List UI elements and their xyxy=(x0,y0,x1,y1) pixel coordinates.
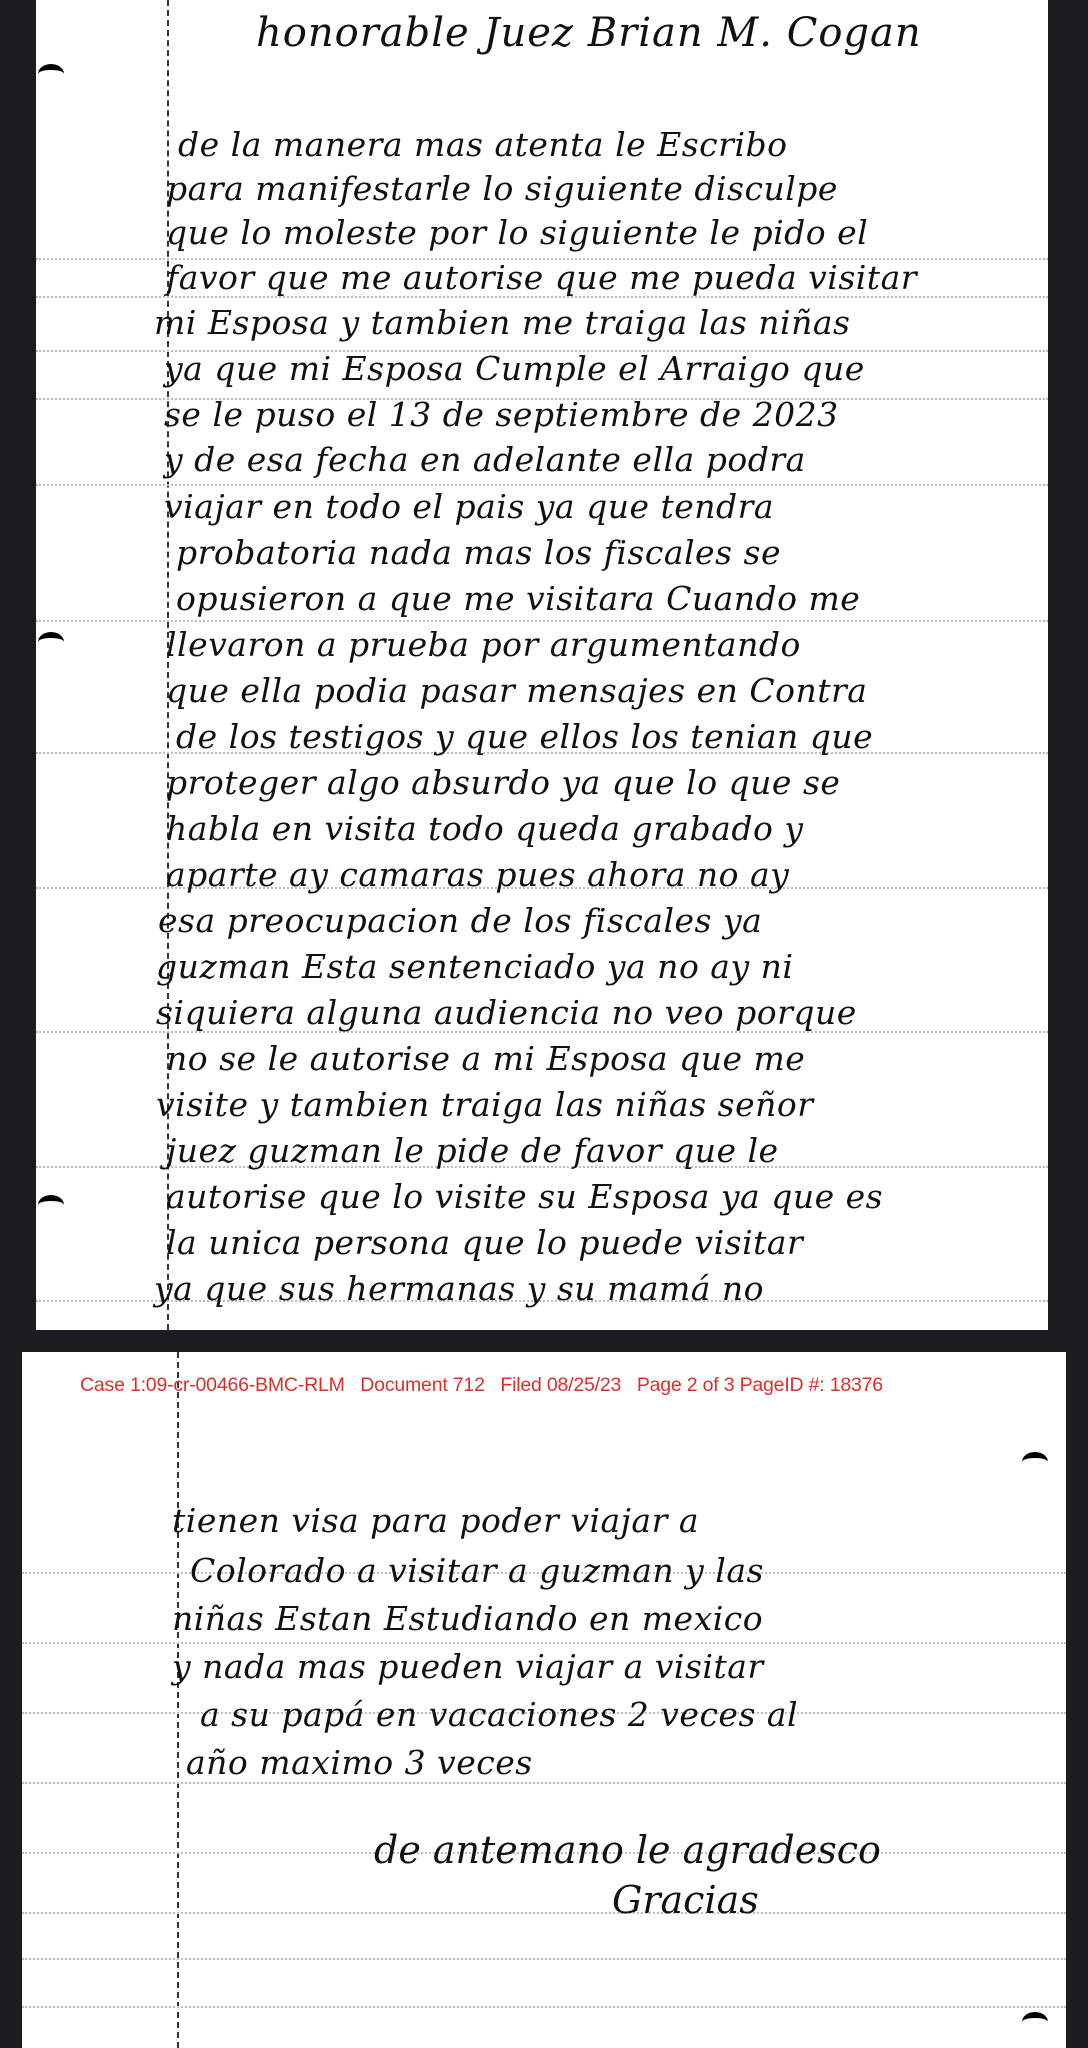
handwritten-line: proteger algo absurdo ya que lo que se xyxy=(166,766,840,799)
handwritten-line: tienen visa para poder viajar a xyxy=(172,1504,699,1537)
handwritten-line: de la manera mas atenta le Escribo xyxy=(178,128,788,161)
handwritten-line: año maximo 3 veces xyxy=(186,1746,533,1779)
punch-hole-mark xyxy=(38,64,64,84)
ruled-line xyxy=(22,2006,1066,2008)
handwritten-line: llevaron a prueba por argumentando xyxy=(166,628,801,661)
ruled-line xyxy=(22,1782,1066,1784)
document-page-1: honorable Juez Brian M. Cogan de la mane… xyxy=(36,0,1048,1330)
ruled-line xyxy=(36,484,1048,486)
handwritten-line: favor que me autorise que me pueda visit… xyxy=(166,261,917,294)
handwritten-line: probatoria nada mas los fiscales se xyxy=(176,536,781,569)
document-page-2: Case 1:09-cr-00466-BMC-RLM Document 712 … xyxy=(22,1352,1066,2048)
handwritten-line: niñas Estan Estudiando en mexico xyxy=(172,1602,763,1635)
salutation: honorable Juez Brian M. Cogan xyxy=(256,10,922,56)
handwritten-line: la unica persona que lo puede visitar xyxy=(166,1226,803,1259)
handwritten-line: opusieron a que me visitara Cuando me xyxy=(176,582,860,615)
handwritten-line: ya que mi Esposa Cumple el Arraigo que xyxy=(164,352,865,385)
handwritten-line: juez guzman le pide de favor que le xyxy=(166,1134,779,1167)
handwritten-line: que ella podia pasar mensajes en Contra xyxy=(166,674,867,707)
court-filing-header-stamp: Case 1:09-cr-00466-BMC-RLM Document 712 … xyxy=(80,1374,1040,1397)
handwritten-line: siquiera alguna audiencia no veo porque xyxy=(156,996,857,1029)
handwritten-line: habla en visita todo queda grabado y xyxy=(166,812,803,845)
handwritten-line: y de esa fecha en adelante ella podra xyxy=(164,443,806,476)
handwritten-line: que lo moleste por lo siguiente le pido … xyxy=(166,216,868,249)
ruled-line xyxy=(22,1958,1066,1960)
handwritten-line: viajar en todo el pais ya que tendra xyxy=(164,490,774,523)
handwritten-line: esa preocupacion de los fiscales ya xyxy=(158,904,762,937)
ruled-line xyxy=(36,620,1048,622)
handwritten-line: de los testigos y que ellos los tenian q… xyxy=(176,720,873,753)
ruled-line xyxy=(22,1642,1066,1644)
handwritten-line: guzman Esta sentenciado ya no ay ni xyxy=(156,950,793,983)
handwritten-line: Colorado a visitar a guzman y las xyxy=(190,1554,764,1587)
handwritten-line: aparte ay camaras pues ahora no ay xyxy=(166,858,789,891)
ruled-line xyxy=(22,1912,1066,1914)
punch-hole-mark xyxy=(38,632,64,652)
handwritten-line: autorise que lo visite su Esposa ya que … xyxy=(166,1180,883,1213)
margin-line xyxy=(177,1352,179,2048)
punch-hole-mark xyxy=(1022,1452,1048,1472)
handwritten-line: visite y tambien traiga las niñas señor xyxy=(156,1088,814,1121)
punch-hole-mark xyxy=(1022,2012,1048,2032)
closing-line: de antemano le agradesco xyxy=(374,1828,881,1872)
handwritten-line: para manifestarle lo siguiente disculpe xyxy=(166,172,838,205)
handwritten-line: y nada mas pueden viajar a visitar xyxy=(172,1650,764,1683)
punch-hole-mark xyxy=(38,1195,64,1215)
closing-thanks: Gracias xyxy=(612,1878,759,1922)
handwritten-line: no se le autorise a mi Esposa que me xyxy=(166,1042,805,1075)
handwritten-line: a su papá en vacaciones 2 veces al xyxy=(200,1698,798,1731)
handwritten-line: ya que sus hermanas y su mamá no xyxy=(154,1272,764,1305)
handwritten-line: se le puso el 13 de septiembre de 2023 xyxy=(164,398,839,431)
handwritten-line: mi Esposa y tambien me traiga las niñas xyxy=(154,306,850,339)
